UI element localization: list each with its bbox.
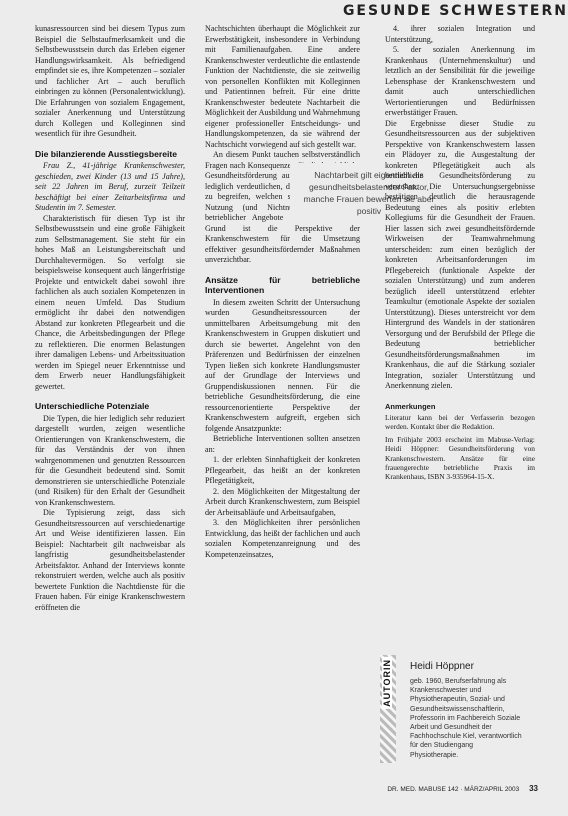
column-1: kunasressourcen sind bei diesem Typus zu… bbox=[35, 24, 185, 613]
page-footer: DR. MED. MABUSE 142 · MÄRZ/APRIL 2003 33 bbox=[387, 784, 538, 793]
list-item: 1. der erlebten Sinnhaftigkeit der konkr… bbox=[205, 455, 360, 487]
paragraph: Die Typisierung zeigt, dass sich Gesundh… bbox=[35, 508, 185, 613]
author-box: AUTORIN Heidi Höppner geb. 1960, Berufse… bbox=[380, 655, 540, 765]
note: Literatur kann bei der Verfasserin bezog… bbox=[385, 413, 535, 432]
paragraph: Nachtschichten überhaupt die Möglichkeit… bbox=[205, 24, 360, 150]
section-heading: Die bilanzierende Ausstiegsbereite bbox=[35, 149, 185, 160]
paragraph: Betriebliche Interventionen sollten anse… bbox=[205, 434, 360, 455]
notes-title: Anmerkungen bbox=[385, 402, 535, 413]
column-3: 4. ihrer sozialen Integration und Unters… bbox=[385, 24, 535, 485]
running-head: GESUNDE SCHWESTERN bbox=[343, 3, 568, 19]
paragraph: Charakteristisch für diesen Typ ist ihr … bbox=[35, 214, 185, 393]
case-lead: Frau Z., 41-jährige Krankenschwester, ge… bbox=[35, 161, 185, 214]
author-bio: geb. 1960, Berufserfahrung als Krankensc… bbox=[410, 677, 522, 760]
paragraph: In diesem zweiten Schritt der Untersuchu… bbox=[205, 298, 360, 435]
list-item: 5. der sozialen Anerkennung im Krankenha… bbox=[385, 45, 535, 119]
list-item: 4. ihrer sozialen Integration und Unters… bbox=[385, 24, 535, 45]
section-heading: Unterschiedliche Potenziale bbox=[35, 401, 185, 412]
author-tag: AUTORIN bbox=[380, 655, 396, 763]
section-heading: Ansätze für betriebliche Interventionen bbox=[205, 275, 360, 296]
author-label: AUTORIN bbox=[382, 657, 392, 709]
paragraph: Die Typen, die hier lediglich sehr reduz… bbox=[35, 414, 185, 509]
notes-section: Anmerkungen Literatur kann bei der Verfa… bbox=[385, 402, 535, 482]
paragraph: kunasressourcen sind bei diesem Typus zu… bbox=[35, 24, 185, 140]
paragraph: Die Ergebnisse dieser Studie zu Gesundhe… bbox=[385, 119, 535, 392]
magazine-page: GESUNDE SCHWESTERN kunasressourcen sind … bbox=[0, 0, 568, 816]
note: Im Frühjahr 2003 erscheint im Mabuse-Ver… bbox=[385, 435, 535, 482]
issue-info: DR. MED. MABUSE 142 · MÄRZ/APRIL 2003 bbox=[387, 786, 519, 793]
list-item: 3. den Möglichkeiten ihrer persönlichen … bbox=[205, 518, 360, 560]
column-2: Nachtschichten überhaupt die Möglichkeit… bbox=[205, 24, 360, 560]
list-item: 2. den Möglichkeiten der Mitgestaltung d… bbox=[205, 487, 360, 519]
page-number: 33 bbox=[529, 784, 538, 793]
author-name: Heidi Höppner bbox=[410, 661, 474, 672]
